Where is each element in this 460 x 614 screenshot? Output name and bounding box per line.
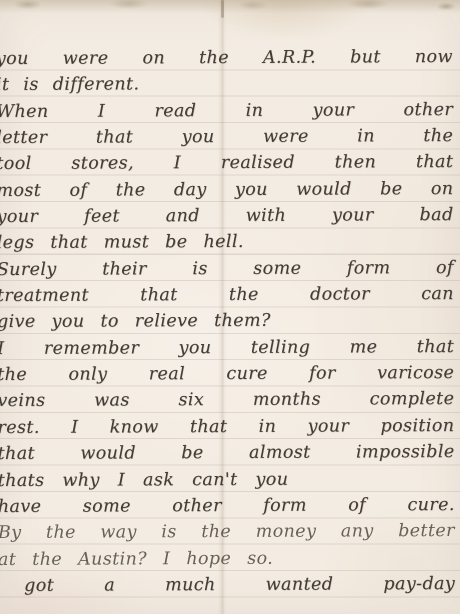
letter-line: the only real cure for varicose: [0, 360, 454, 388]
letter-line: you were on the A.R.P. but now: [0, 44, 453, 72]
letter-line: that would be almost impossible: [0, 439, 455, 467]
letter-line: When I read in your other: [0, 97, 453, 125]
letter-line: veins was six months complete: [0, 386, 454, 414]
letter-line: treatment that the doctor can: [0, 281, 454, 309]
letter-line: have some other form of cure.: [0, 492, 455, 520]
letter-line: your feet and with your bad: [0, 202, 454, 230]
letter-line: rest. I know that in your position: [0, 413, 455, 441]
letter-line: letter that you were in the: [0, 123, 453, 151]
letter-page: you were on the A.R.P. but now it is dif…: [0, 0, 460, 614]
letter-line: thats why I ask can't you: [0, 466, 455, 494]
letter-line: it is different.: [0, 70, 453, 98]
letter-line: I remember you telling me that: [0, 334, 454, 362]
fold-crease-mark: [221, 0, 224, 18]
letter-line: tool stores, I realised then that: [0, 149, 453, 177]
letter-line: give you to relieve them?: [0, 307, 454, 335]
letter-line: legs that must be hell.: [0, 228, 454, 256]
paper-top-edge: [0, 0, 460, 16]
letter-line: at the Austin? I hope so.: [0, 545, 455, 573]
letter-line: By the way is the money any better: [0, 518, 455, 546]
letter-line: Surely their is some form of: [0, 255, 454, 283]
letter-body: you were on the A.R.P. but now it is dif…: [1, 44, 455, 599]
letter-line: most of the day you would be on: [0, 176, 453, 204]
letter-line: got a much wanted pay-day: [0, 571, 455, 599]
